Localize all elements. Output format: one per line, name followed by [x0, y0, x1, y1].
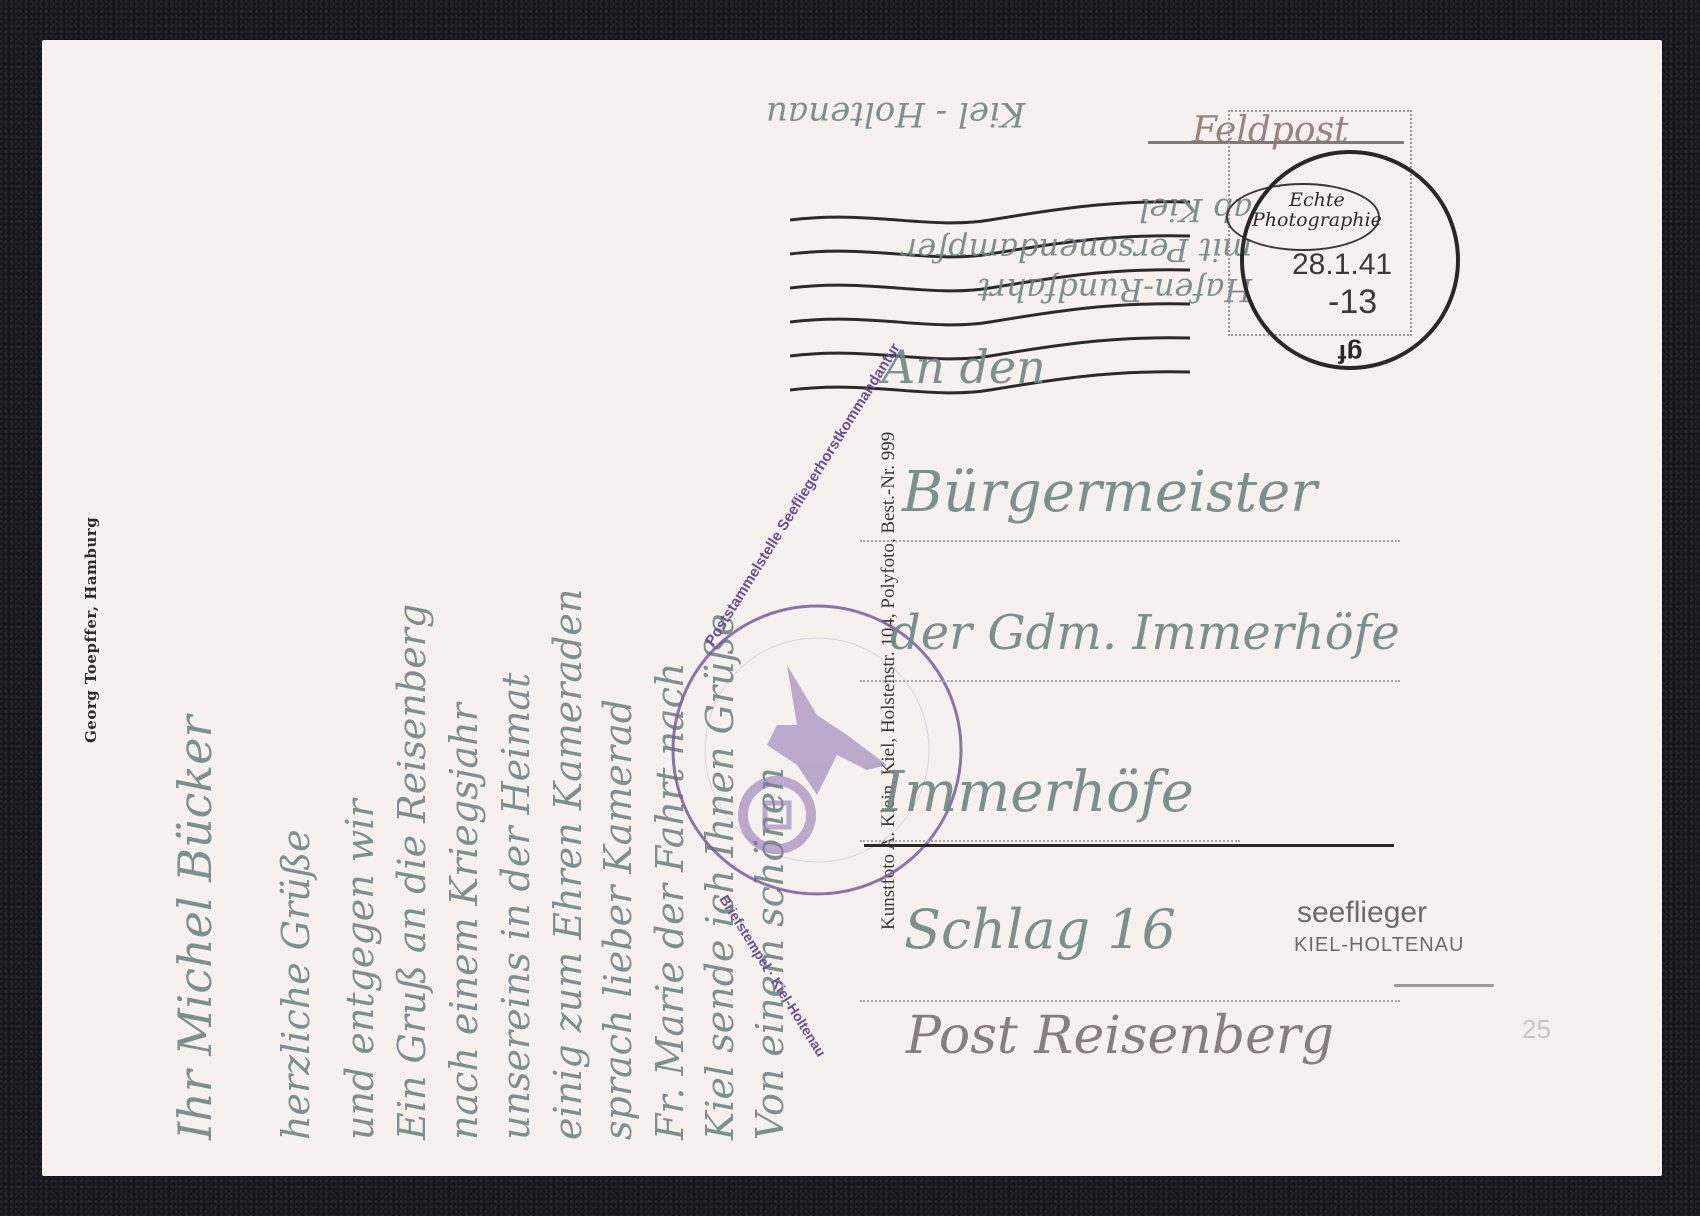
- address-solid-underline: [864, 844, 1394, 847]
- postcard: Georg Toepffer, Hamburg Von einem schöne…: [42, 40, 1662, 1176]
- pencil-price: 25: [1522, 1014, 1551, 1045]
- message-line: einig zum Ehren Kameraden: [546, 589, 590, 1140]
- address-dotted-line: [860, 540, 1400, 542]
- address-line-5: Schlag 16: [904, 898, 1176, 961]
- address-line-6: Post Reisenberg: [906, 1006, 1334, 1066]
- cancel-slogan-line: ab Kiel: [902, 190, 1252, 230]
- pencil-underline: [1394, 984, 1494, 987]
- address-line-4: Immerhöfe: [882, 760, 1194, 825]
- cancel-slogan: Hafen-Rundfahrt mit Personendampfer ab K…: [902, 190, 1252, 310]
- pencil-note-unit: seeflieger: [1297, 896, 1427, 930]
- signature: Ihr Michel Bücker: [168, 716, 222, 1140]
- address-dotted-line: [860, 840, 1240, 842]
- postmark-code: gf: [1338, 338, 1363, 369]
- message-line: unsereins in der Heimat: [494, 673, 538, 1140]
- address-line-1: An den: [882, 340, 1046, 394]
- message-line: nach einem Kriegsjahr: [442, 703, 486, 1140]
- pencil-note-place: KIEL-HOLTENAU: [1294, 934, 1464, 957]
- artist-credit: Georg Toepffer, Hamburg: [82, 517, 100, 743]
- message-line: herzliche Grüße: [274, 829, 318, 1140]
- message-line: und entgegen wir: [338, 799, 382, 1140]
- postmark-date: 28.1.41: [1292, 248, 1392, 282]
- postmark-time: -13: [1328, 283, 1377, 322]
- message-line: Ein Gruß an die Reisenberg: [390, 604, 434, 1140]
- eagle-emblem-icon: [743, 665, 887, 849]
- sender-note-upside-down: Kiel - Holtenau: [766, 94, 1025, 134]
- address-line-2: Bürgermeister: [902, 460, 1317, 525]
- cancel-slogan-line: Hafen-Rundfahrt: [902, 270, 1252, 310]
- address-dotted-line: [860, 680, 1400, 682]
- message-line: sprach lieber Kamerad: [596, 699, 640, 1140]
- cancel-slogan-line: mit Personendampfer: [902, 230, 1252, 270]
- address-dotted-line: [860, 1000, 1400, 1002]
- address-line-3: der Gdm. Immerhöfe: [890, 605, 1400, 661]
